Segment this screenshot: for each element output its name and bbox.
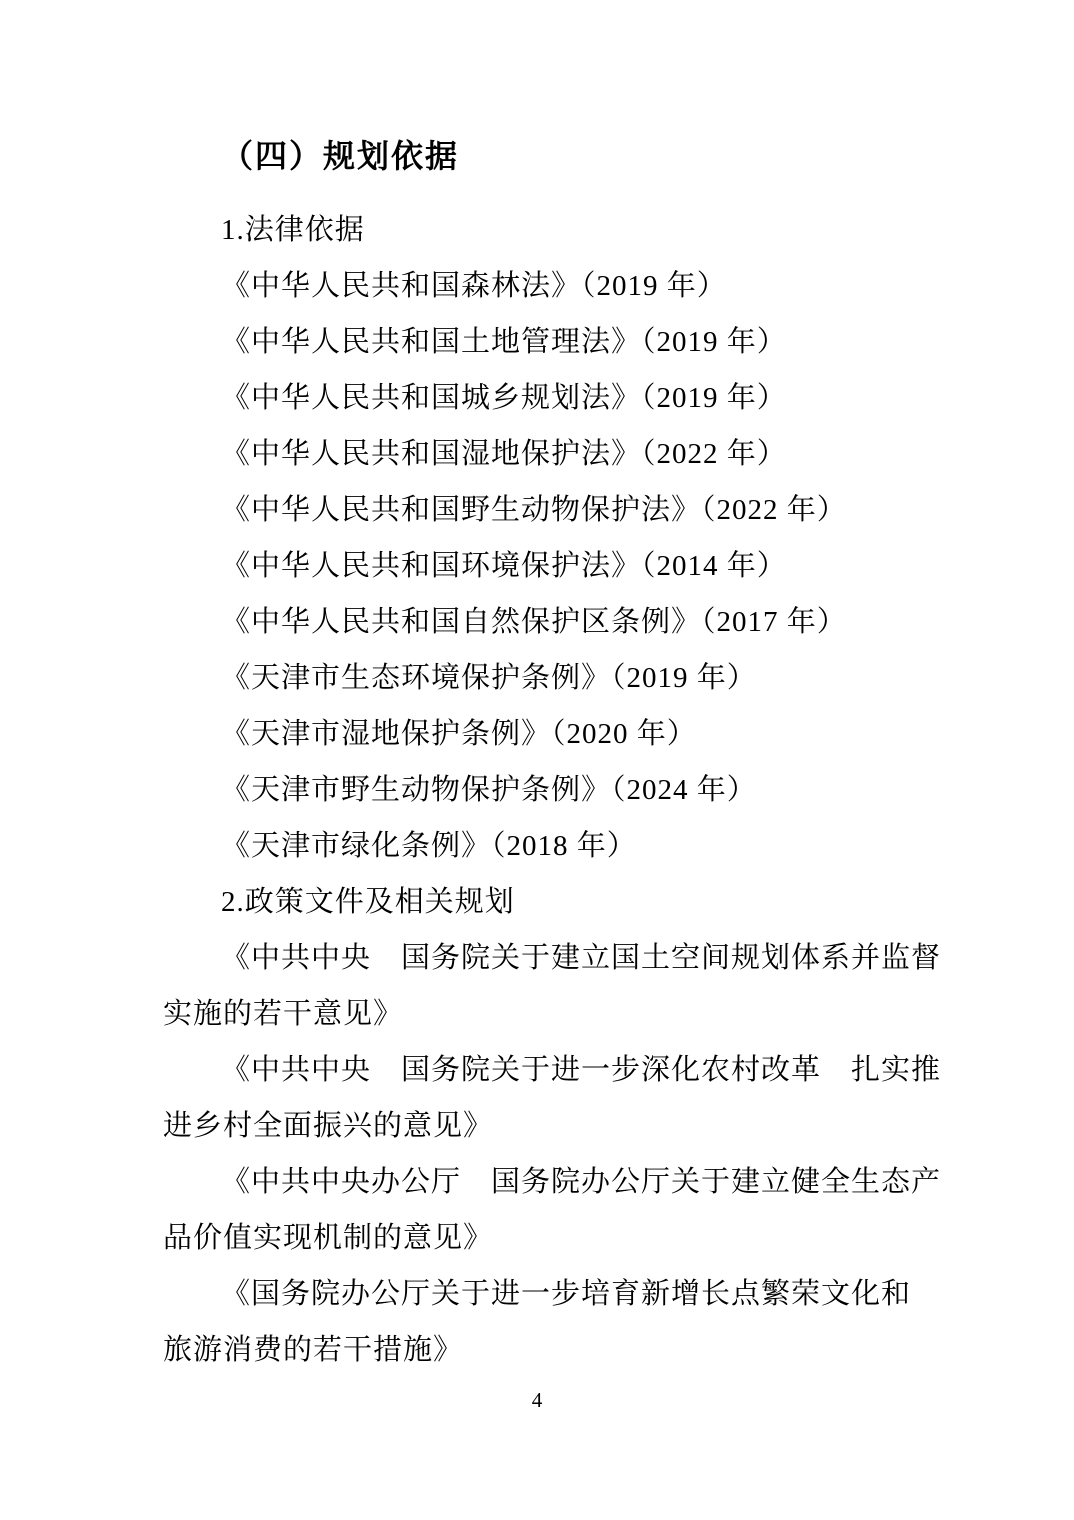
policy-item-line: 《中共中央 国务院关于进一步深化农村改革 扎实推 (163, 1042, 908, 1098)
page-number: 4 (0, 1388, 1074, 1412)
law-item: 《中华人民共和国森林法》（2019 年） (163, 258, 908, 314)
subheading-legal-basis: 1.法律依据 (163, 202, 908, 258)
subheading-policy-docs: 2.政策文件及相关规划 (163, 874, 908, 930)
law-item: 《天津市生态环境保护条例》（2019 年） (163, 650, 908, 706)
document-body: 1.法律依据《中华人民共和国森林法》（2019 年）《中华人民共和国土地管理法》… (163, 202, 908, 1378)
law-item: 《中华人民共和国环境保护法》（2014 年） (163, 538, 908, 594)
document-content: （四）规划依据 1.法律依据《中华人民共和国森林法》（2019 年）《中华人民共… (163, 128, 908, 1378)
law-item: 《中华人民共和国湿地保护法》（2022 年） (163, 426, 908, 482)
document-page: （四）规划依据 1.法律依据《中华人民共和国森林法》（2019 年）《中华人民共… (0, 0, 1074, 1520)
policy-item-line: 《国务院办公厅关于进一步培育新增长点繁荣文化和 (163, 1266, 908, 1322)
law-item: 《中华人民共和国土地管理法》（2019 年） (163, 314, 908, 370)
policy-item-continuation: 实施的若干意见》 (163, 986, 908, 1042)
law-item: 《天津市绿化条例》（2018 年） (163, 818, 908, 874)
policy-item-continuation: 品价值实现机制的意见》 (163, 1210, 908, 1266)
law-item: 《中华人民共和国自然保护区条例》（2017 年） (163, 594, 908, 650)
law-item: 《天津市野生动物保护条例》（2024 年） (163, 762, 908, 818)
policy-item-continuation: 旅游消费的若干措施》 (163, 1322, 908, 1378)
policy-item-line: 《中共中央 国务院关于建立国土空间规划体系并监督 (163, 930, 908, 986)
law-item: 《中华人民共和国野生动物保护法》（2022 年） (163, 482, 908, 538)
section-heading: （四）规划依据 (163, 128, 908, 184)
policy-item-continuation: 进乡村全面振兴的意见》 (163, 1098, 908, 1154)
policy-item-line: 《中共中央办公厅 国务院办公厅关于建立健全生态产 (163, 1154, 908, 1210)
law-item: 《中华人民共和国城乡规划法》（2019 年） (163, 370, 908, 426)
law-item: 《天津市湿地保护条例》（2020 年） (163, 706, 908, 762)
